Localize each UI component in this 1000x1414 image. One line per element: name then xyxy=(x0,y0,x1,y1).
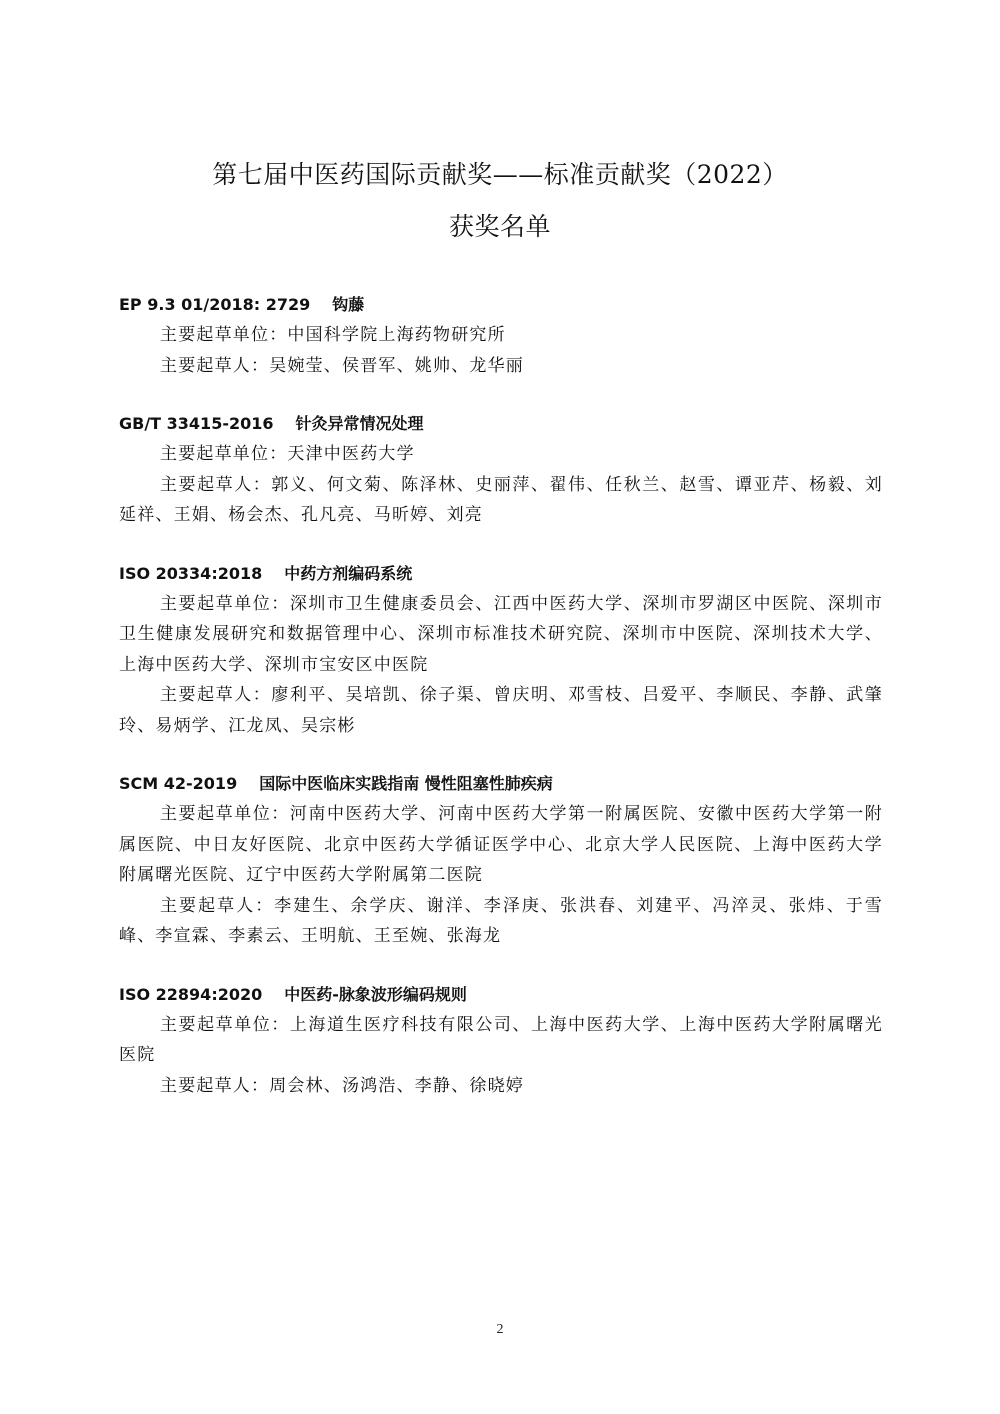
entry-heading: ISO 20334:2018中药方剂编码系统 xyxy=(119,559,883,589)
drafting-units: 主要起草单位：深圳市卫生健康委员会、江西中医药大学、深圳市罗湖区中医院、深圳市卫… xyxy=(119,589,883,681)
units-label: 主要起草单位： xyxy=(160,594,290,614)
drafting-units: 主要起草单位：上海道生医疗科技有限公司、上海中医药大学、上海中医药大学附属曙光医… xyxy=(119,1010,883,1071)
entry-heading: EP 9.3 01/2018: 2729钩藤 xyxy=(119,290,883,320)
drafters: 主要起草人：郭义、何文菊、陈泽林、史丽萍、翟伟、任秋兰、赵雪、谭亚芹、杨毅、刘延… xyxy=(119,470,883,531)
standard-code: ISO 20334:2018 xyxy=(119,564,262,583)
standard-code: EP 9.3 01/2018: 2729 xyxy=(119,295,310,314)
drafters-value: 吴婉莹、侯晋军、姚帅、龙华丽 xyxy=(269,356,524,376)
award-list: EP 9.3 01/2018: 2729钩藤 主要起草单位：中国科学院上海药物研… xyxy=(119,290,883,1129)
drafters: 主要起草人：李建生、余学庆、谢洋、李泽庚、张洪春、刘建平、冯淬灵、张炜、于雪峰、… xyxy=(119,891,883,952)
standard-code: SCM 42-2019 xyxy=(119,774,237,793)
units-label: 主要起草单位： xyxy=(160,444,287,464)
award-entry: EP 9.3 01/2018: 2729钩藤 主要起草单位：中国科学院上海药物研… xyxy=(119,290,883,381)
drafters-value: 周会林、汤鸿浩、李静、徐晓婷 xyxy=(269,1076,524,1096)
award-entry: ISO 22894:2020中医药-脉象波形编码规则 主要起草单位：上海道生医疗… xyxy=(119,980,883,1102)
drafters-label: 主要起草人： xyxy=(160,1076,269,1096)
award-entry: GB/T 33415-2016针灸异常情况处理 主要起草单位：天津中医药大学 主… xyxy=(119,409,883,531)
units-label: 主要起草单位： xyxy=(160,325,287,345)
units-value: 天津中医药大学 xyxy=(287,444,414,464)
standard-name: 中药方剂编码系统 xyxy=(284,564,412,583)
standard-name: 针灸异常情况处理 xyxy=(296,414,424,433)
units-value: 中国科学院上海药物研究所 xyxy=(287,325,505,345)
standard-name: 国际中医临床实践指南 慢性阻塞性肺疾病 xyxy=(259,774,553,793)
drafters-label: 主要起草人： xyxy=(160,475,271,495)
award-entry: ISO 20334:2018中药方剂编码系统 主要起草单位：深圳市卫生健康委员会… xyxy=(119,559,883,742)
award-entry: SCM 42-2019国际中医临床实践指南 慢性阻塞性肺疾病 主要起草单位：河南… xyxy=(119,769,883,952)
standard-code: ISO 22894:2020 xyxy=(119,985,262,1004)
units-label: 主要起草单位： xyxy=(160,1015,290,1035)
standard-name: 中医药-脉象波形编码规则 xyxy=(284,985,467,1004)
entry-heading: SCM 42-2019国际中医临床实践指南 慢性阻塞性肺疾病 xyxy=(119,769,883,799)
drafters: 主要起草人：吴婉莹、侯晋军、姚帅、龙华丽 xyxy=(119,351,883,382)
drafters-label: 主要起草人： xyxy=(160,896,274,916)
drafters-label: 主要起草人： xyxy=(160,685,271,705)
entry-heading: ISO 22894:2020中医药-脉象波形编码规则 xyxy=(119,980,883,1010)
units-label: 主要起草单位： xyxy=(160,804,290,824)
document-subtitle: 获奖名单 xyxy=(0,207,1000,243)
drafting-units: 主要起草单位：天津中医药大学 xyxy=(119,439,883,470)
page-number: 2 xyxy=(0,1322,1000,1338)
standard-name: 钩藤 xyxy=(332,295,364,314)
standard-code: GB/T 33415-2016 xyxy=(119,414,274,433)
drafting-units: 主要起草单位：河南中医药大学、河南中医药大学第一附属医院、安徽中医药大学第一附属… xyxy=(119,799,883,891)
document-title: 第七届中医药国际贡献奖——标准贡献奖（2022） xyxy=(0,155,1000,191)
drafters-label: 主要起草人： xyxy=(160,356,269,376)
drafting-units: 主要起草单位：中国科学院上海药物研究所 xyxy=(119,320,883,351)
drafters: 主要起草人：廖利平、吴培凯、徐子渠、曾庆明、邓雪枝、吕爱平、李顺民、李静、武肇玲… xyxy=(119,680,883,741)
entry-heading: GB/T 33415-2016针灸异常情况处理 xyxy=(119,409,883,439)
drafters: 主要起草人：周会林、汤鸿浩、李静、徐晓婷 xyxy=(119,1071,883,1102)
